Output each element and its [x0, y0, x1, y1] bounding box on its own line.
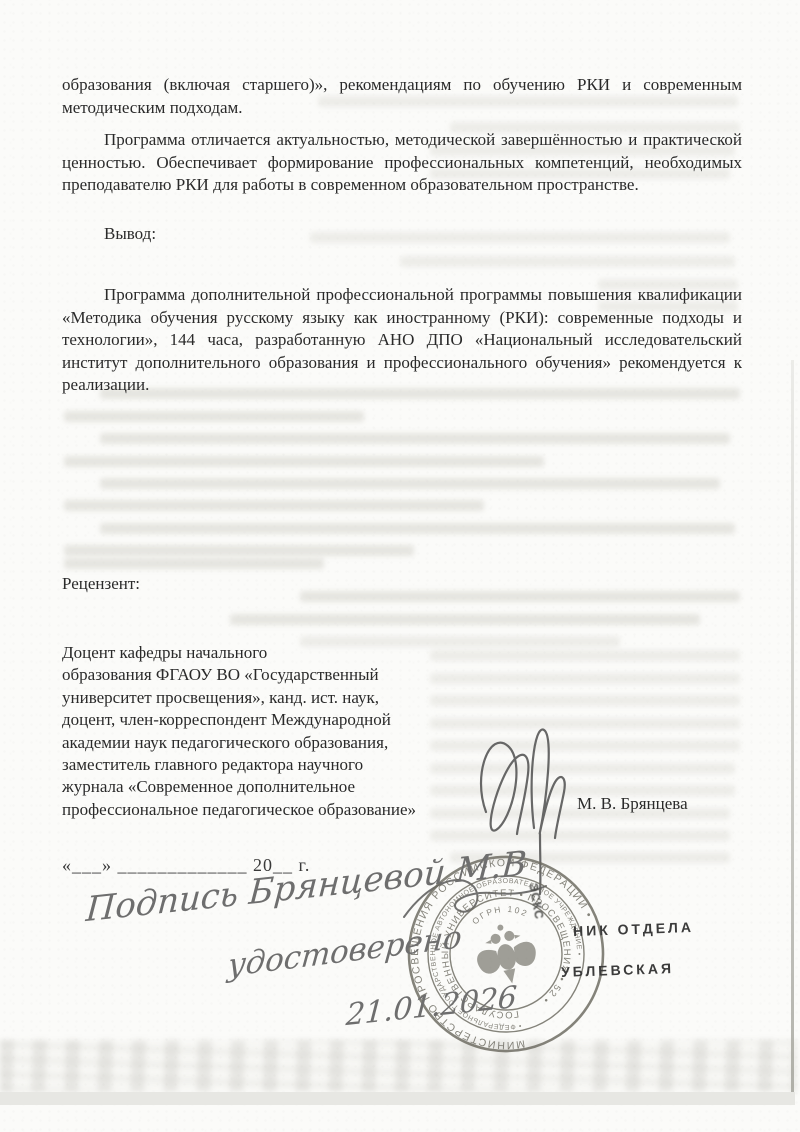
reviewer-credentials-line: образования ФГАОУ ВО «Государственный: [62, 664, 416, 686]
paragraph-program-merits: Программа отличается актуальностью, мето…: [62, 129, 742, 197]
scan-bottom-shadow: [0, 1092, 795, 1105]
double-headed-eagle-icon: [471, 918, 542, 989]
reviewer-credentials: Доцент кафедры начального образования ФГ…: [62, 642, 416, 821]
reviewer-credentials-line: университет просвещения», канд. ист. нау…: [62, 687, 416, 709]
bleed-through-bottom: [0, 1040, 796, 1092]
scan-edge-line: [791, 360, 794, 1093]
office-stamp-name: УБЛЕВСКАЯ: [561, 960, 674, 980]
reviewer-credentials-line: заместитель главного редактора научного: [62, 754, 416, 776]
reviewer-credentials-line: журнала «Современное дополнительное: [62, 776, 416, 798]
reviewer-credentials-line: профессиональное педагогическое образова…: [62, 799, 416, 821]
reviewer-credentials-line: академии наук педагогического образовани…: [62, 732, 416, 754]
reviewer-credentials-line: доцент, член-корреспондент Международной: [62, 709, 416, 731]
reviewer-credentials-line: Доцент кафедры начального: [62, 642, 416, 664]
paragraph-continuation: образования (включая старшего)», рекомен…: [62, 74, 742, 119]
conclusion-label: Вывод:: [104, 224, 156, 244]
paragraph-conclusion: Программа дополнительной профессионально…: [62, 284, 742, 397]
scanned-review-page: образования (включая старшего)», рекомен…: [0, 0, 800, 1132]
reviewer-label: Рецензент:: [62, 574, 140, 594]
office-stamp-title: НИК ОТДЕЛА: [573, 919, 694, 939]
